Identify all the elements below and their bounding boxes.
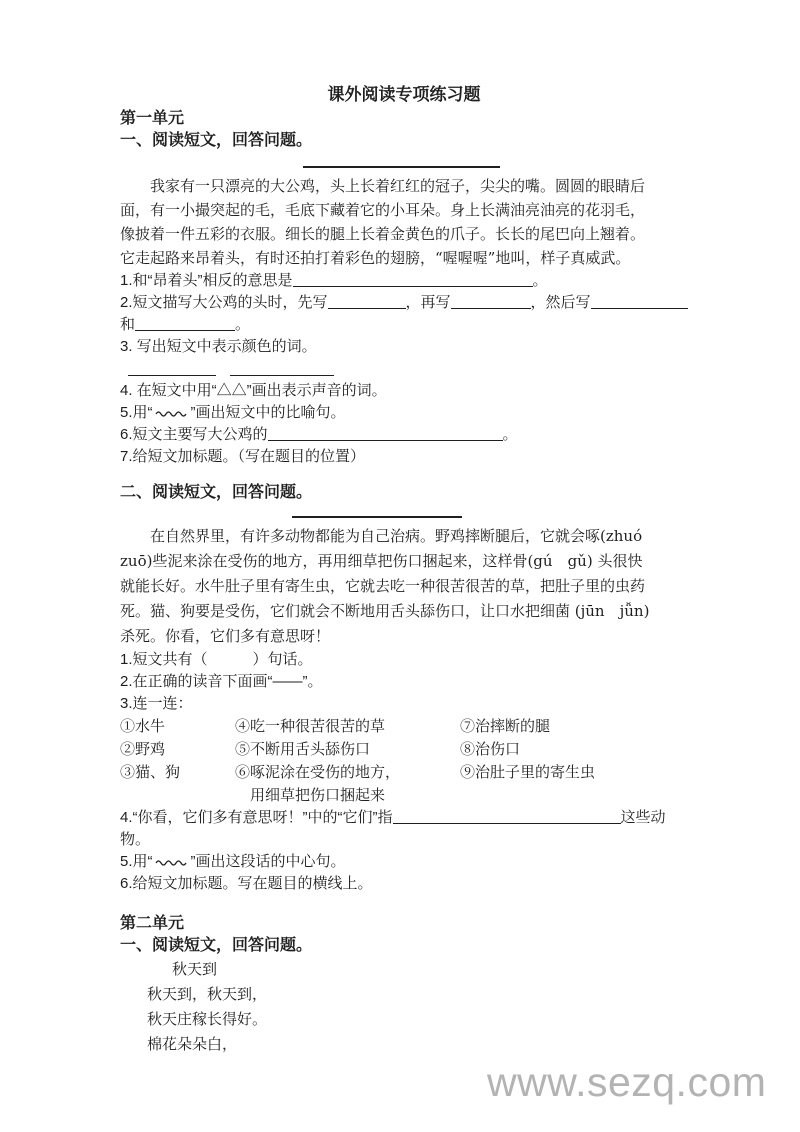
p2-question-5: 5.用“”画出这段话的中心句。 — [120, 851, 688, 873]
passage-line: 我家有一只漂亮的大公鸡，头上长着红红的冠子，尖尖的嘴。圆圆的眼睛后 — [120, 174, 688, 198]
wavy-line-icon — [155, 409, 189, 418]
p2-question-1: 1.短文共有（ ）句话。 — [120, 649, 688, 671]
passage-line: 死。猫、狗要是受伤，它们就会不断地用舌头舔伤口，让口水把细菌 (jūn jǚn) — [120, 599, 688, 624]
answer-blank — [591, 295, 688, 309]
match-item: ④吃一种很苦很苦的草 — [235, 715, 460, 738]
passage-1: 我家有一只漂亮的大公鸡，头上长着红红的冠子，尖尖的嘴。圆圆的眼睛后 面，有一小撮… — [120, 174, 688, 270]
question-5: 5.用“”画出短文中的比喻句。 — [120, 402, 688, 424]
match-column-actions: ④吃一种很苦很苦的草 ⑤不断用舌头舔伤口 ⑥啄泥涂在受伤的地方， 用细草把伤口捆… — [235, 715, 460, 807]
question-2-line1: 2.短文描写大公鸡的头时，先写，再写，然后写 — [120, 292, 688, 314]
p2-question-5-text-pre: 5.用“ — [120, 853, 153, 870]
question-5-text-post: ”画出短文中的比喻句。 — [191, 404, 346, 421]
unit1-section1-heading: 一、阅读短文，回答问题。 — [120, 130, 688, 152]
passage-line: 面，有一小撮突起的毛，毛底下藏着它的小耳朵。身上长满油亮油亮的花羽毛， — [120, 198, 688, 222]
match-item: ⑨治肚子里的寄生虫 — [460, 761, 688, 784]
match-item: ③猫、狗 — [120, 761, 235, 784]
p2-question-4-line2: 物。 — [120, 829, 688, 851]
match-item: ⑧治伤口 — [460, 738, 688, 761]
matching-exercise: ①水牛 ②野鸡 ③猫、狗 ④吃一种很苦很苦的草 ⑤不断用舌头舔伤口 ⑥啄泥涂在受… — [120, 715, 688, 807]
watermark: www.sezq.com — [487, 1060, 766, 1104]
answer-blank — [293, 273, 533, 287]
question-3-answer-row — [120, 361, 688, 379]
match-item-continuation: 用细草把伤口捆起来 — [235, 784, 460, 807]
match-item: ②野鸡 — [120, 738, 235, 761]
question-2-text-b: ，再写 — [406, 294, 451, 311]
poem-autumn: 秋天到 秋天到，秋天到， 秋天庄稼长得好。 棉花朵朵白， — [120, 957, 688, 1057]
p2-question-2: 2.在正确的读音下面画“——”。 — [120, 671, 688, 693]
passage-line: 在自然界里，有许多动物都能为自己治病。野鸡摔断腿后，它就会啄(zhuó — [120, 524, 688, 549]
worksheet-page: 课外阅读专项练习题 第一单元 一、阅读短文，回答问题。 我家有一只漂亮的大公鸡，… — [120, 84, 688, 1057]
p2-question-5-text-post: ”画出这段话的中心句。 — [191, 853, 346, 870]
answer-blank — [328, 295, 406, 309]
match-column-animals: ①水牛 ②野鸡 ③猫、狗 — [120, 715, 235, 807]
unit1-label: 第一单元 — [120, 108, 688, 130]
p2-question-4-line1: 4.“你看，它们多有意思呀！”中的“它们”指这些动 — [120, 807, 688, 829]
poem-line: 秋天到，秋天到， — [147, 982, 688, 1007]
match-column-results: ⑦治摔断的腿 ⑧治伤口 ⑨治肚子里的寄生虫 — [460, 715, 688, 807]
question-2-text-d: 和 — [120, 316, 135, 333]
question-7: 7.给短文加标题。（写在题目的位置） — [120, 446, 688, 468]
unit2-label: 第二单元 — [120, 913, 688, 935]
answer-blank — [268, 427, 503, 441]
passage1-title-blank-line — [303, 166, 500, 168]
poem-line: 秋天庄稼长得好。 — [147, 1007, 688, 1032]
poem-title: 秋天到 — [172, 957, 688, 982]
question-2-text-c: ，然后写 — [531, 294, 591, 311]
p2-question-4-wrap: 这些动 — [621, 809, 666, 826]
wavy-line-icon — [155, 858, 189, 867]
answer-blank — [451, 295, 531, 309]
passage2-title-blank-line — [292, 516, 462, 518]
question-1: 1.和“昂着头”相反的意思是。 — [120, 270, 688, 292]
poem-line: 棉花朵朵白， — [147, 1032, 688, 1057]
question-3: 3. 写出短文中表示颜色的词。 — [120, 336, 688, 358]
question-6-text: 6.短文主要写大公鸡的 — [120, 426, 268, 443]
match-item: ⑤不断用舌头舔伤口 — [235, 738, 460, 761]
p2-question-4-text: 4.“你看，它们多有意思呀！”中的“它们”指 — [120, 809, 393, 826]
question-6: 6.短文主要写大公鸡的。 — [120, 424, 688, 446]
question-6-period: 。 — [503, 426, 518, 443]
match-item: ⑦治摔断的腿 — [460, 715, 688, 738]
passage-line: 它走起路来昂着头，有时还拍打着彩色的翅膀，“喔喔喔”地叫，样子真威武。 — [120, 246, 688, 270]
answer-blank — [135, 317, 235, 331]
passage-line: 像披着一件五彩的衣服。细长的腿上长着金黄色的爪子。长长的尾巴向上翘着。 — [120, 222, 688, 246]
p2-question-3: 3.连一连： — [120, 693, 688, 715]
passage-2: 在自然界里，有许多动物都能为自己治病。野鸡摔断腿后，它就会啄(zhuó zuō)… — [120, 524, 688, 649]
answer-blank — [393, 810, 621, 824]
question-1-text: 1.和“昂着头”相反的意思是 — [120, 272, 293, 289]
page-title: 课外阅读专项练习题 — [120, 84, 688, 106]
answer-blank — [128, 363, 216, 376]
p2-question-6: 6.给短文加标题。写在题目的横线上。 — [120, 873, 688, 895]
question-4: 4. 在短文中用“△△”画出表示声音的词。 — [120, 380, 688, 402]
passage-line: zuō)些泥来涂在受伤的地方，再用细草把伤口捆起来，这样骨(gú gǔ) 头很快 — [120, 549, 688, 574]
match-item: ⑥啄泥涂在受伤的地方， — [235, 761, 460, 784]
passage-line: 就能长好。水牛肚子里有寄生虫，它就去吃一种很苦很苦的草，把肚子里的虫药 — [120, 574, 688, 599]
question-2-line2: 和。 — [120, 314, 688, 336]
question-2-period: 。 — [235, 316, 250, 333]
answer-blank — [230, 363, 334, 376]
match-item: ①水牛 — [120, 715, 235, 738]
unit1-section2-heading: 二、阅读短文，回答问题。 — [120, 482, 688, 504]
question-1-period: 。 — [533, 272, 548, 289]
question-5-text-pre: 5.用“ — [120, 404, 153, 421]
passage-line: 杀死。你看，它们多有意思呀！ — [120, 624, 688, 649]
unit2-section1-heading: 一、阅读短文，回答问题。 — [120, 935, 688, 957]
question-2-text-a: 2.短文描写大公鸡的头时，先写 — [120, 294, 328, 311]
